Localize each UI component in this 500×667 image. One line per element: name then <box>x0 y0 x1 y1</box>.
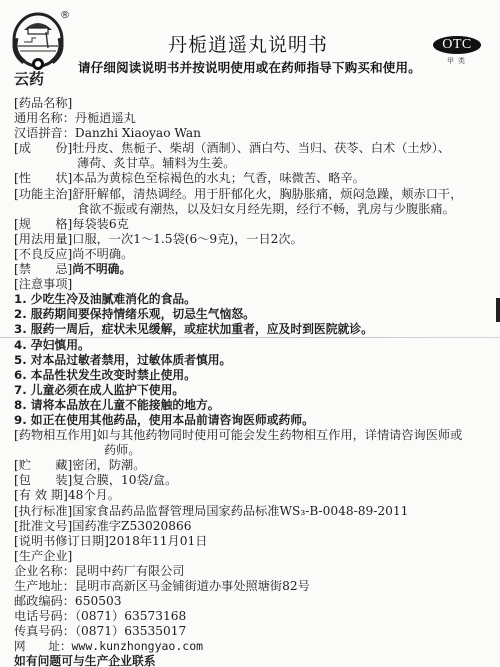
approval-value: 国药准字Z53020866 <box>72 519 191 533</box>
approval-label: [批准文号] <box>14 519 72 533</box>
edge-mark <box>496 298 500 322</box>
insert-body: [药品名称] 通用名称：丹栀逍遥丸 汉语拼音：Danzhi Xiaoyao Wa… <box>14 96 494 667</box>
dosage-label: [用法用量] <box>14 232 72 246</box>
properties-row: [性 状]本品为黄棕色至棕褐色的水丸；气香，味微苦、略辛。 <box>14 171 494 186</box>
contact-note: 如有问题可与生产企业联系 <box>14 654 494 667</box>
specification-value: 每袋装6克 <box>72 217 129 231</box>
adverse-reactions-value: 尚不明确。 <box>72 247 133 261</box>
precaution-item: 3. 服药一周后，症状未见缓解，或症状加重者，应及时到医院就诊。 <box>14 322 494 337</box>
interactions-row: [药物相互作用]如与其他药物同时使用可能会发生药物相互作用，详情请咨询医师或 <box>14 428 494 443</box>
manufacturer-phone: 电话号码：（0871）63573168 <box>14 609 494 624</box>
precaution-item: 2. 服药期间要保持情绪乐观，切忌生气恼怒。 <box>14 307 494 322</box>
registered-trademark-mark: ® <box>60 10 70 21</box>
ingredients-row: [成 份]牡丹皮、焦栀子、柴胡（酒制）、酒白芍、当归、茯苓、白术（土炒）、 <box>14 141 494 156</box>
manufacturer-website: 网 址：www.kunzhongyao.com <box>14 639 494 654</box>
packaging-value: 复合膜，10袋/盒。 <box>72 473 177 487</box>
ingredients-continuation: 薄荷、炙甘草。辅料为生姜。 <box>14 156 494 171</box>
precaution-item: 4. 孕妇慎用。 <box>14 338 494 353</box>
precautions-heading: [注意事项] <box>14 277 494 292</box>
contraindications-row: [禁 忌]尚不明确。 <box>14 262 494 277</box>
interactions-continuation: 药师。 <box>14 443 494 458</box>
shelf-life-value: 48个月。 <box>68 488 120 502</box>
precaution-item: 5. 对本品过敏者禁用，过敏体质者慎用。 <box>14 353 494 368</box>
revision-date-label: [说明书修订日期] <box>14 534 109 548</box>
usage-instruction-banner: 请仔细阅读说明书并按说明使用或在药师指导下购买和使用。 <box>78 58 421 76</box>
interactions-value: 如与其他药物同时使用可能会发生药物相互作用，详情请咨询医师或 <box>97 428 463 442</box>
document-title: 丹栀逍遥丸说明书 <box>168 30 328 57</box>
precaution-item: 7. 儿童必须在成人监护下使用。 <box>14 383 494 398</box>
revision-date-value: 2018年11月01日 <box>109 534 208 548</box>
manufacturer-name: 企业名称：昆明中药厂有限公司 <box>14 564 494 579</box>
packaging-label: [包 装] <box>14 473 72 487</box>
drug-name-heading: [药品名称] <box>14 96 494 111</box>
shelf-life-label: [有 效 期] <box>14 488 68 502</box>
precaution-item: 8. 请将本品放在儿童不能接触的地方。 <box>14 398 494 413</box>
manufacturer-address: 生产地址：昆明市高新区马金铺街道办事处照塘街82号 <box>14 579 494 594</box>
contraindications-value: 尚不明确。 <box>72 262 131 276</box>
generic-name: 通用名称：丹栀逍遥丸 <box>14 111 494 126</box>
standard-row: [执行标准]国家食品药品监督管理局国家药品标准WS₃-B-0048-89-201… <box>14 504 494 519</box>
svg-text:云药: 云药 <box>14 70 44 86</box>
manufacturer-heading: [生产企业] <box>14 549 494 564</box>
indications-row: [功能主治]舒肝解郁，清热调经。用于肝郁化火，胸胁胀痛，烦闷急躁，颊赤口干， <box>14 187 494 202</box>
manufacturer-fax: 传真号码：（0871）63535017 <box>14 624 494 639</box>
ingredients-value: 牡丹皮、焦栀子、柴胡（酒制）、酒白芍、当归、茯苓、白术（土炒）、 <box>72 141 450 155</box>
otc-category-label: 甲类 <box>447 56 469 66</box>
manufacturer-postcode: 邮政编码：650503 <box>14 594 494 609</box>
approval-row: [批准文号]国药准字Z53020866 <box>14 519 494 534</box>
properties-value: 本品为黄棕色至棕褐色的水丸；气香，味微苦、略辛。 <box>72 171 365 185</box>
pinyin-name: 汉语拼音：Danzhi Xiaoyao Wan <box>14 126 494 141</box>
packaging-row: [包 装]复合膜，10袋/盒。 <box>14 473 494 488</box>
precaution-item: 9. 如正在使用其他药品，使用本品前请咨询医师或药师。 <box>14 413 494 428</box>
package-insert: 云药 ® 丹栀逍遥丸说明书 请仔细阅读说明书并按说明使用或在药师指导下购买和使用… <box>0 0 500 667</box>
dosage-value: 口服，一次1～1.5袋(6～9克)，一日2次。 <box>72 232 303 246</box>
precaution-item: 1. 少吃生冷及油腻难消化的食品。 <box>14 292 494 307</box>
specification-row: [规 格]每袋装6克 <box>14 217 494 232</box>
standard-value: 国家食品药品监督管理局国家药品标准WS₃-B-0048-89-2011 <box>72 504 408 518</box>
storage-label: [贮 藏] <box>14 458 72 472</box>
storage-row: [贮 藏]密闭，防潮。 <box>14 458 494 473</box>
revision-date-row: [说明书修订日期]2018年11月01日 <box>14 534 494 549</box>
standard-label: [执行标准] <box>14 504 72 518</box>
precaution-item: 6. 本品性状发生改变时禁止使用。 <box>14 368 494 383</box>
otc-badge: OTC <box>433 36 481 54</box>
interactions-label: [药物相互作用] <box>14 428 97 442</box>
properties-label: [性 状] <box>14 171 72 185</box>
contraindications-label: [禁 忌] <box>14 262 72 276</box>
indications-value: 舒肝解郁，清热调经。用于肝郁化火，胸胁胀痛，烦闷急躁，颊赤口干， <box>72 187 462 201</box>
indications-continuation: 食欲不振或有潮热，以及妇女月经先期，经行不畅，乳房与少腹胀痛。 <box>14 202 494 217</box>
adverse-reactions-row: [不良反应]尚不明确。 <box>14 247 494 262</box>
dosage-row: [用法用量]口服，一次1～1.5袋(6～9克)，一日2次。 <box>14 232 494 247</box>
ingredients-label: [成 份] <box>14 141 72 155</box>
specification-label: [规 格] <box>14 217 72 231</box>
shelf-life-row: [有 效 期]48个月。 <box>14 488 494 503</box>
indications-label: [功能主治] <box>14 187 72 201</box>
adverse-reactions-label: [不良反应] <box>14 247 72 261</box>
storage-value: 密闭，防潮。 <box>72 458 145 472</box>
